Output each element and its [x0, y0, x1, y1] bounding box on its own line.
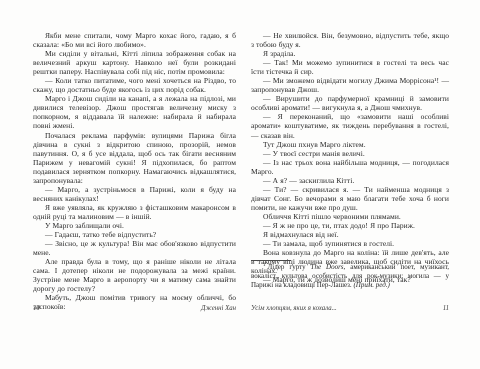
paragraph: Але правда була в тому, що я раніше ніко… [33, 257, 236, 293]
paragraph: — Марго, а зустріньмося в Парижі, коли я… [33, 185, 236, 203]
page-number: 10 [33, 305, 40, 312]
running-footer-title: Усім хлопцям, яких я кохала... [251, 305, 337, 312]
footnote-band-name: The Doors [311, 263, 344, 271]
paragraph: — У твоєї сестри манія величі. [251, 149, 449, 158]
paragraph: У Марго заблищали очі. [33, 221, 236, 230]
paragraph: — Звісно, це ж культура! Він має обов'яз… [33, 239, 236, 257]
footnote-editor-note: (Прим. ред.) [353, 281, 389, 289]
footnote: 1Лідер гурту The Doors, американський по… [251, 260, 449, 290]
book-spread: Якби мене спитали, чому Марго кохає його… [0, 0, 480, 369]
paragraph: — А я? — заскиглила Кітті. [251, 176, 449, 185]
page-right: — Не хвилюйся. Він, безумовно, відпустит… [251, 0, 449, 369]
paragraph: — Я переконаний, що «замовити наші особл… [251, 112, 449, 139]
right-page-text-block: — Не хвилюйся. Він, безумовно, відпустит… [251, 31, 449, 284]
paragraph: — Так! Ми можемо зупинитися в гостелі та… [251, 58, 449, 76]
running-footer-author: Дженні Хан [201, 305, 236, 312]
paragraph: — Ти замала, щоб зупинятися в гостелі. [251, 239, 449, 248]
paragraph: — Не хвилюйся. Він, безумовно, відпустит… [251, 31, 449, 49]
paragraph: Я відмахнулася від неї. [251, 230, 449, 239]
footnote-divider [251, 260, 291, 261]
paragraph: — Ми зможемо відвідати могилу Джима Морр… [251, 76, 449, 94]
paragraph: Я вже уявляла, як кружляю з фісташковим … [33, 203, 236, 221]
page-number: 11 [443, 305, 449, 312]
paragraph: Обличчя Кітті пішло червоними плямами. [251, 212, 449, 221]
paragraph: — Коли татко питатиме, чого мені хочетьс… [33, 76, 236, 94]
left-page-text-block: Якби мене спитали, чому Марго кохає його… [33, 31, 236, 311]
footnote-before-band: Лідер гурту [268, 263, 311, 271]
paragraph: — Гадаєш, татко тебе відпустить? [33, 230, 236, 239]
paragraph: Марго і Джош сиділи на канапі, а я лежал… [33, 94, 236, 130]
paragraph: — Ти? — скривилася я. — Ти найменша модн… [251, 185, 449, 212]
paragraph: Я зраділа. [251, 49, 449, 58]
paragraph: Ми сиділи у вітальні, Кітті ліпила зобра… [33, 49, 236, 76]
footnote-marker: 1 [263, 263, 266, 268]
left-page-footer: 10 Дженні Хан [33, 305, 236, 312]
footnote-text: 1Лідер гурту The Doors, американський по… [251, 263, 449, 290]
page-left: Якби мене спитали, чому Марго кохає його… [33, 0, 236, 369]
paragraph: — Я ж не про це, ти, птах додо! Я про Па… [251, 221, 449, 230]
paragraph: — Вирушити до парфумерної крамниці й зам… [251, 94, 449, 112]
right-page-footer: Усім хлопцям, яких я кохала... 11 [251, 305, 449, 312]
paragraph: Якби мене спитали, чому Марго кохає його… [33, 31, 236, 49]
paragraph: Почалася реклама парфумів: вулицями Пари… [33, 131, 236, 185]
paragraph: — Із нас трьох вона найбільша модниця, —… [251, 158, 449, 176]
paragraph: Тут Джош пхнув Марго ліктем. [251, 140, 449, 149]
